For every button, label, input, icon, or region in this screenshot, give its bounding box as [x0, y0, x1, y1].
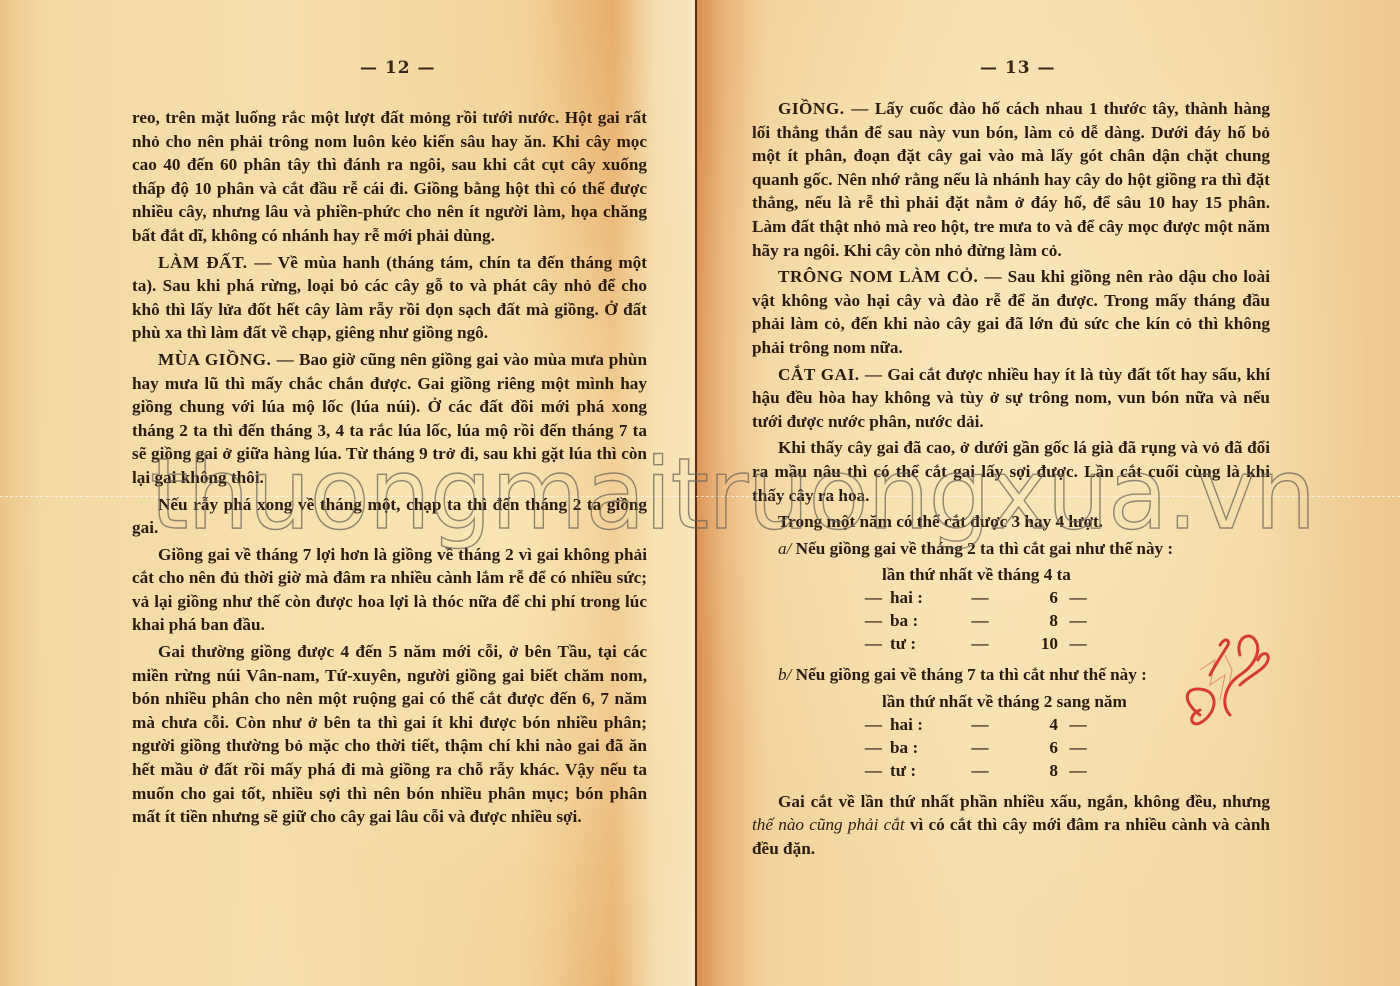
page-number-left: — 12 —: [360, 58, 436, 78]
month: 6: [1010, 586, 1058, 609]
paragraph: Trong một năm có thể cắt được 3 hay 4 lư…: [752, 510, 1270, 534]
ordinal: hai :: [890, 586, 950, 609]
section-heading: CẮT GAI. —: [778, 365, 883, 384]
ditto-dash: —: [950, 609, 1010, 632]
paragraph: Giồng gai về tháng 7 lợi hơn là giồng về…: [132, 543, 647, 637]
ordinal: tư :: [890, 632, 950, 655]
month: 8: [1010, 609, 1058, 632]
ditto-dash: —: [752, 736, 890, 759]
ordinal: ba :: [890, 609, 950, 632]
schedule-title: Nếu giồng gai về tháng 7 ta thì cắt như …: [791, 665, 1147, 684]
paragraph: reo, trên mặt luống rắc một lượt đất mỏn…: [132, 106, 647, 248]
right-page-text: GIỒNG. — Lấy cuốc đào hố cách nhau 1 thư…: [752, 97, 1270, 864]
schedule-title: Nếu giồng gai về tháng 2 ta thì cắt gai …: [791, 539, 1173, 558]
list-marker: a/: [778, 539, 791, 558]
ordinal: hai :: [890, 713, 950, 736]
book-spread: — 12 — reo, trên mặt luống rắc một lượt …: [0, 0, 1400, 986]
paragraph: Gai thường giồng được 4 đến 5 năm mới cỗ…: [132, 640, 647, 829]
ordinal: ba :: [890, 736, 950, 759]
schedule-row: — hai : — 6 —: [752, 586, 1270, 609]
paragraph-text: Gai thường giồng được 4 đến 5 năm mới cỗ…: [132, 642, 647, 826]
schedule-header: lần thứ nhất về tháng 4 ta: [752, 563, 1270, 586]
ditto-dash: —: [752, 713, 890, 736]
right-page: — 13 — GIỒNG. — Lấy cuốc đào hố cách nha…: [697, 0, 1400, 986]
list-marker: b/: [778, 665, 791, 684]
ditto-dash: —: [1058, 736, 1098, 759]
watermark-guide-line: [0, 496, 1400, 497]
paragraph-text: Trong một năm có thể cắt được 3 hay 4 lư…: [778, 512, 1103, 531]
ditto-dash: —: [752, 609, 890, 632]
schedule-a-title: a/ Nếu giồng gai về tháng 2 ta thì cắt g…: [752, 537, 1270, 561]
month: 6: [1010, 736, 1058, 759]
paragraph-cat-gai: CẮT GAI. — Gai cắt được nhiều hay ít là …: [752, 363, 1270, 434]
ditto-dash: —: [950, 736, 1010, 759]
section-heading: LÀM ĐẤT. —: [158, 253, 272, 272]
ditto-dash: —: [752, 759, 890, 782]
ditto-dash: —: [950, 632, 1010, 655]
closing-paragraph: Gai cắt về lần thứ nhất phần nhiều xấu, …: [752, 790, 1270, 861]
ditto-dash: —: [950, 586, 1010, 609]
section-heading: TRÔNG NOM LÀM CỎ. —: [778, 267, 1002, 286]
schedule-row: — tư : — 8 —: [752, 759, 1270, 782]
ditto-dash: —: [1058, 759, 1098, 782]
paragraph-text: Khi thấy cây gai đã cao, ở dưới gần gốc …: [752, 438, 1270, 504]
month: 8: [1010, 759, 1058, 782]
paragraph-giong: GIỒNG. — Lấy cuốc đào hố cách nhau 1 thư…: [752, 97, 1270, 262]
paragraph-text: Lấy cuốc đào hố cách nhau 1 thước tây, t…: [752, 99, 1270, 260]
emphasis-text: thế nào cũng phải cắt: [752, 815, 905, 834]
schedule-row: — ba : — 6 —: [752, 736, 1270, 759]
month: 4: [1010, 713, 1058, 736]
month: 10: [1010, 632, 1058, 655]
paragraph-text: Giồng gai về tháng 7 lợi hơn là giồng về…: [132, 545, 647, 635]
paragraph-text: Bao giờ cũng nên giồng gai vào mùa mưa p…: [132, 350, 647, 487]
ordinal: tư :: [890, 759, 950, 782]
paragraph-mua-giong: MÙA GIỒNG. — Bao giờ cũng nên giồng gai …: [132, 348, 647, 490]
paragraph-trong-nom: TRÔNG NOM LÀM CỎ. — Sau khi giồng nên rà…: [752, 265, 1270, 359]
section-heading: GIỒNG. —: [778, 99, 869, 118]
ditto-dash: —: [1058, 609, 1098, 632]
paragraph-text: Gai cắt về lần thứ nhất phần nhiều xấu, …: [778, 792, 1270, 811]
ditto-dash: —: [752, 632, 890, 655]
ditto-dash: —: [950, 759, 1010, 782]
section-heading: MÙA GIỒNG. —: [158, 350, 294, 369]
red-signature-icon: [1170, 615, 1280, 730]
page-number-right: — 13 —: [980, 58, 1056, 78]
paragraph-text: Nếu rẫy phá xong về tháng một, chạp ta t…: [132, 495, 647, 538]
ditto-dash: —: [752, 586, 890, 609]
ditto-dash: —: [950, 713, 1010, 736]
left-page: — 12 — reo, trên mặt luống rắc một lượt …: [0, 0, 697, 986]
paragraph: Nếu rẫy phá xong về tháng một, chạp ta t…: [132, 493, 647, 540]
ditto-dash: —: [1058, 586, 1098, 609]
ditto-dash: —: [1058, 632, 1098, 655]
ditto-dash: —: [1058, 713, 1098, 736]
left-page-text: reo, trên mặt luống rắc một lượt đất mỏn…: [132, 106, 647, 832]
paragraph-text: reo, trên mặt luống rắc một lượt đất mỏn…: [132, 108, 647, 245]
paragraph-lam-dat: LÀM ĐẤT. — Về mùa hanh (tháng tám, chín …: [132, 251, 647, 345]
